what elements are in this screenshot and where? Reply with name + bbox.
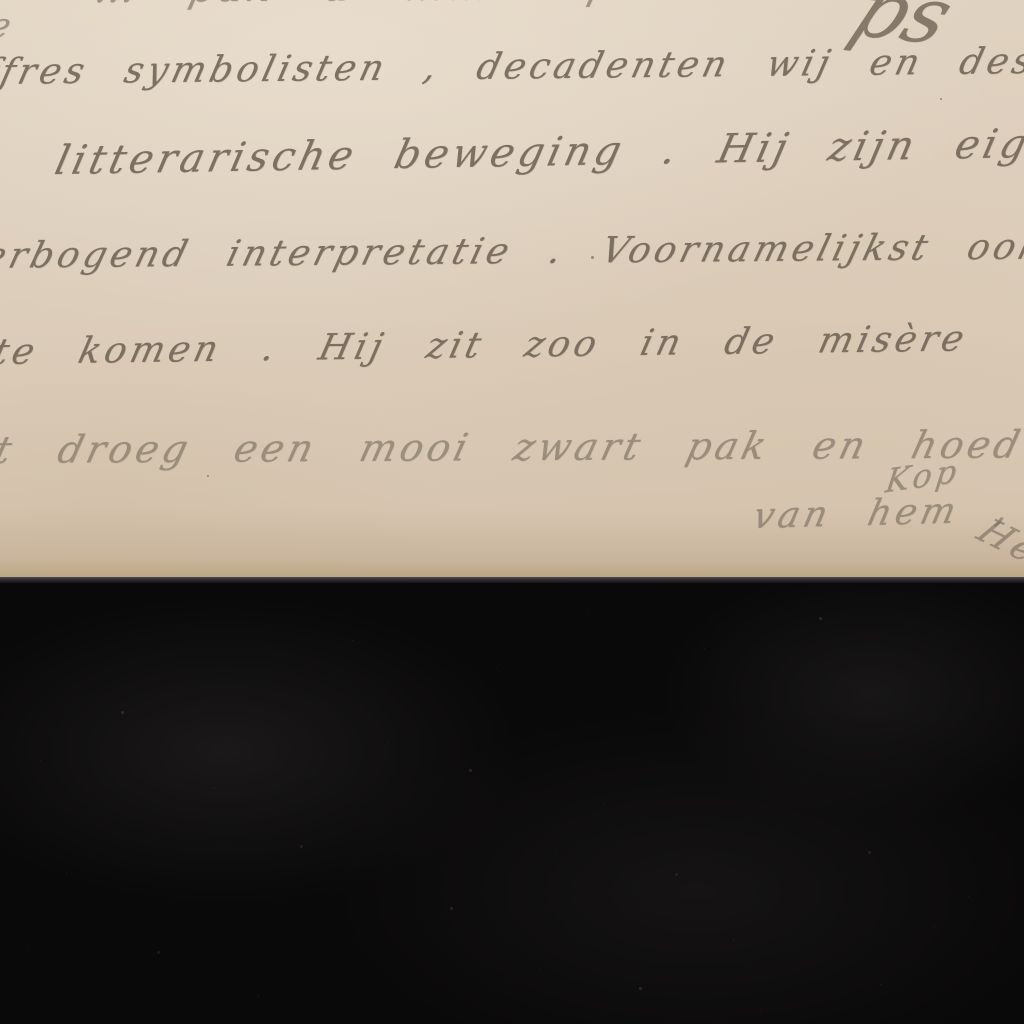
black-velvet-background xyxy=(0,583,1024,1024)
handwriting-line-top-cut: … pak a ……. op xyxy=(90,0,624,12)
paper-bottom-edge-line xyxy=(0,577,1024,583)
handwriting-line: verbogend interpretatie . Voornamelijkst… xyxy=(0,226,1024,277)
paper-dust-speck xyxy=(940,98,942,100)
handwriting-line: litterarische beweging . Hij zijn eigen xyxy=(51,120,1024,184)
paper-dust-speck xyxy=(591,256,594,259)
handwriting-line: ffres symbolisten , decadenten wij en de… xyxy=(0,41,1024,93)
photo-of-handwritten-letter: e … pak a ……. op ps ffres symbolisten , … xyxy=(0,0,1024,1024)
letter-paper: e … pak a ……. op ps ffres symbolisten , … xyxy=(0,0,1024,577)
handwriting-line: st droeg een mooi zwart pak en hoed xyxy=(0,422,1024,472)
handwriting-fragment-corner: e xyxy=(0,6,19,46)
handwriting-line: te komen . Hij zit zoo in de misère xyxy=(0,318,972,373)
paper-dust-speck xyxy=(207,475,209,477)
